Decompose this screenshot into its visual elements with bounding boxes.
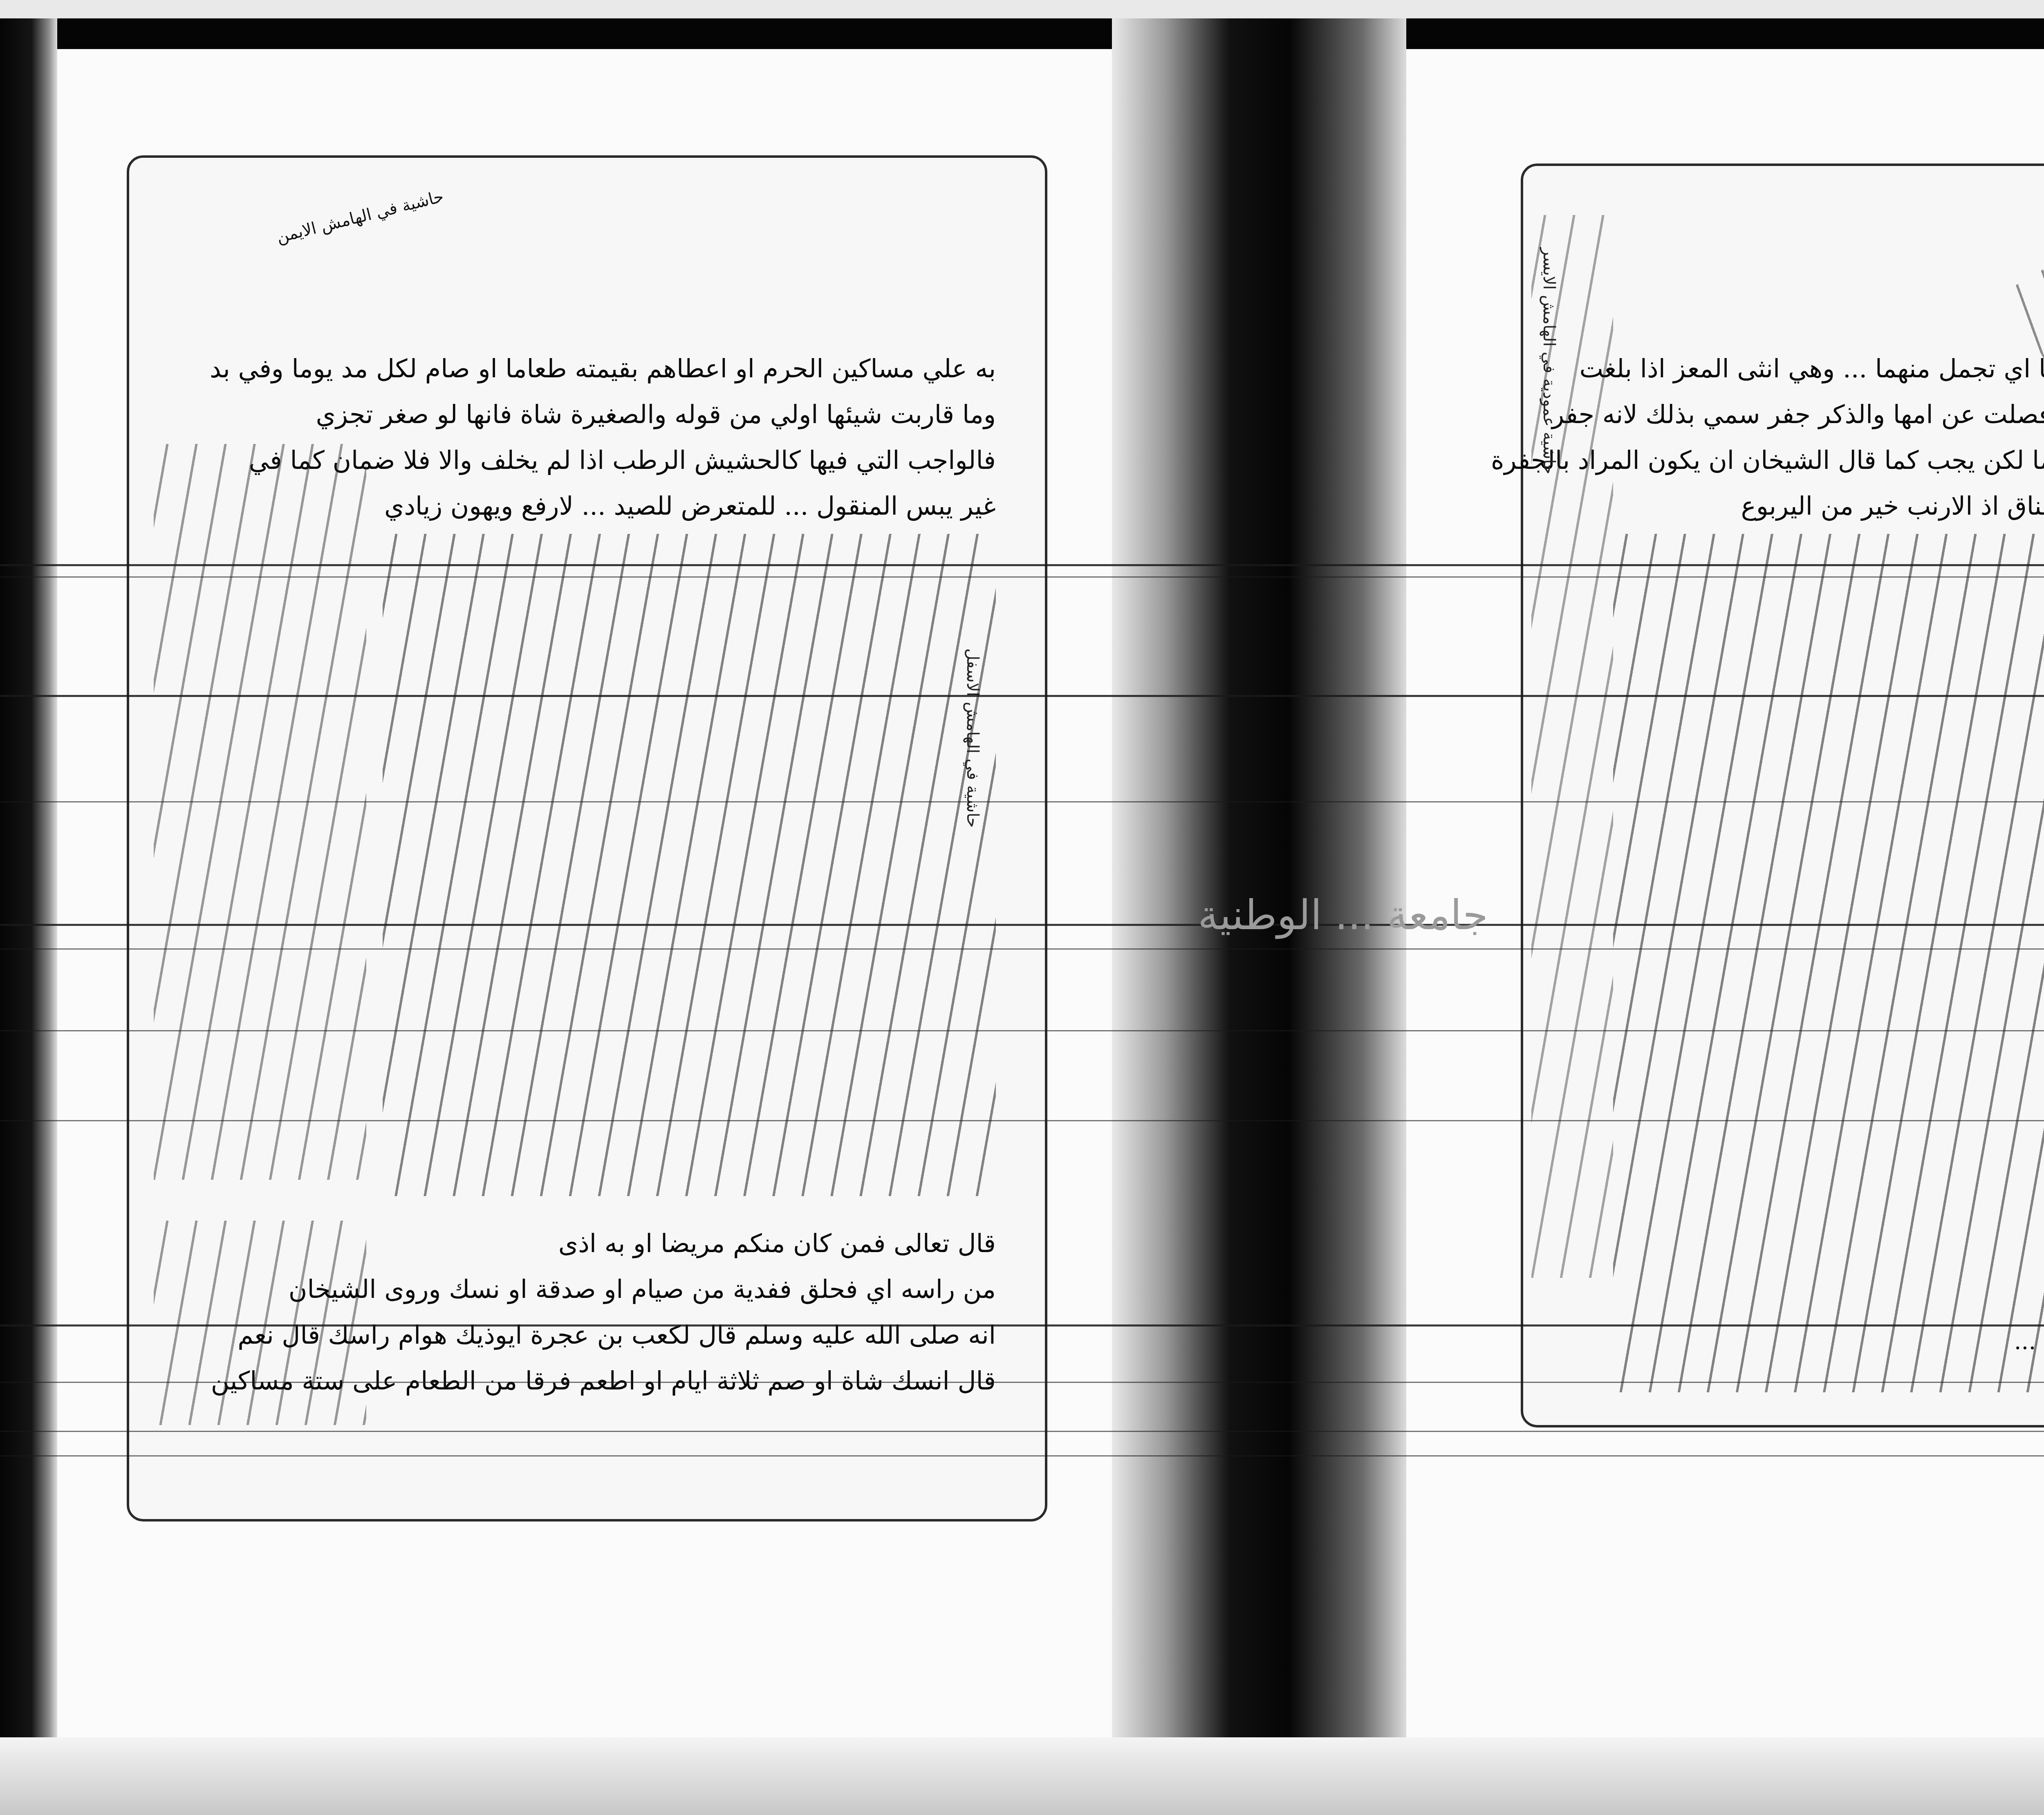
text-line: قال تعالى فمن كان منكم مريضا او به اذى	[211, 1221, 996, 1266]
film-scratch	[0, 948, 2044, 950]
film-scratch	[0, 564, 2044, 566]
film-scratch	[0, 1431, 2044, 1432]
left-corner-note: حاشية في الهامش الايمن	[162, 182, 447, 279]
library-watermark: جامعة ... الوطنية	[1198, 891, 1488, 939]
film-scratch	[0, 695, 2044, 697]
bottom-film-band	[0, 1737, 2044, 1815]
left-page-body-text-block	[383, 534, 996, 1196]
text-line: انه صلى الله عليه وسلم قال لكعب بن عجرة …	[211, 1312, 996, 1358]
film-scratch	[0, 1120, 2044, 1121]
text-line: به علي مساكين الحرم او اعطاهم بقيمته طعا…	[210, 346, 996, 392]
top-film-edge	[0, 18, 2044, 49]
film-scratch	[0, 1324, 2044, 1327]
right-page: ... باسكان البا اي تجمل منهما ... وهي ان…	[1521, 164, 2044, 1427]
film-scratch	[0, 801, 2044, 802]
film-scratch	[0, 1030, 2044, 1031]
text-line: قال انسك شاة او صم ثلاثة ايام او اطعم فر…	[211, 1358, 996, 1404]
right-page-body-text-block	[1613, 534, 2044, 1392]
film-scratch	[0, 924, 2044, 926]
film-scratch	[0, 1382, 2044, 1383]
film-scratch	[0, 576, 2044, 578]
text-line: من راسه اي فحلق ففدية من صيام او صدقة او…	[211, 1266, 996, 1312]
left-margin-notes-block	[154, 444, 366, 1180]
top-film-band	[0, 0, 2044, 18]
right-vertical-note: حاشية عمودية في الهامش الايسر	[1540, 248, 1558, 861]
left-page: به علي مساكين الحرم او اعطاهم بقيمته طعا…	[127, 155, 1047, 1521]
right-bottom-note: حاشية في الهامش الاسفل	[1728, 1376, 2044, 1405]
left-film-edge	[0, 18, 57, 1815]
film-scratch	[0, 1455, 2044, 1456]
text-line: وما قاربت شيئها اولي من قوله والصغيرة شا…	[210, 392, 996, 437]
left-vertical-note: حاشية في الهامش الاسفل	[963, 648, 982, 1139]
left-page-lower-text: قال تعالى فمن كان منكم مريضا او به اذى م…	[211, 1221, 996, 1404]
